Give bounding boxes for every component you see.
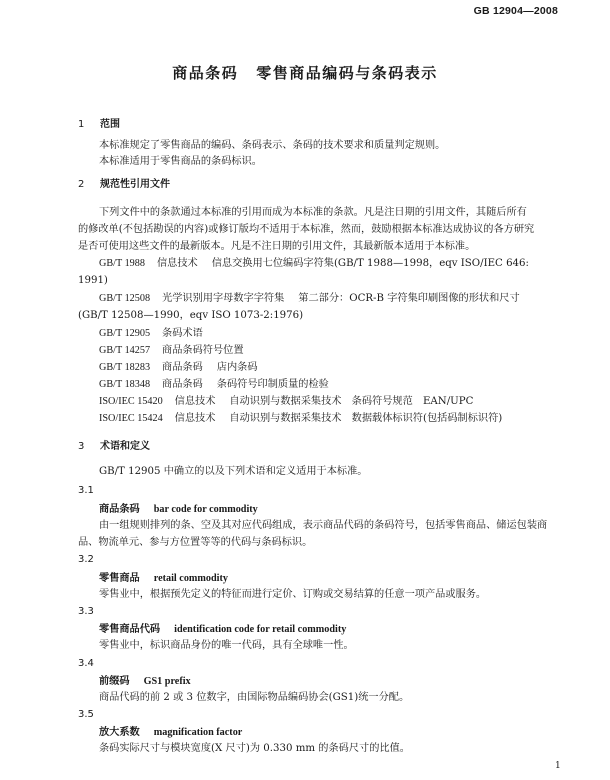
section-heading-2: 2规范性引用文件 xyxy=(78,178,170,192)
reference-item: ISO/IEC 15424信息技术自动识别与数据采集技术 数据载体标识符(包括码… xyxy=(99,412,502,426)
term-heading: 放大系数magnification factor xyxy=(99,725,242,740)
term-definition: 零售业中，根据预先定义的特征而进行定价、订购或交易结算的任意一项产品或服务。 xyxy=(99,588,486,602)
term-definition: 品、物流单元、参与方位置等等的代码与条码标识。 xyxy=(78,536,312,550)
reference-item: GB/T 14257商品条码符号位置 xyxy=(99,344,244,358)
section-heading-1: 1范围 xyxy=(78,118,120,132)
section-heading-3: 3术语和定义 xyxy=(78,440,150,454)
term-definition: 由一组规则排列的条、空及其对应代码组成，表示商品代码的条码符号，包括零售商品、储… xyxy=(99,519,547,533)
paragraph-line: 是否可使用这些文件的最新版本。凡是不注日期的引用文件，其最新版本适用于本标准。 xyxy=(78,240,475,254)
term-heading: 零售商品代码identification code for retail com… xyxy=(99,622,346,637)
term-heading: 零售商品retail commodity xyxy=(99,571,228,586)
reference-continuation: (GB/T 12508—1990，eqv ISO 1073-2:1976) xyxy=(78,309,303,323)
term-heading: 前缀码GS1 prefix xyxy=(99,674,191,689)
title-part-1: 商品条码 xyxy=(172,64,238,82)
title-part-2: 零售商品编码与条码表示 xyxy=(256,64,438,82)
clause-number: 3.5 xyxy=(78,708,94,722)
document-title: 商品条码零售商品编码与条码表示 xyxy=(0,62,610,83)
reference-item: GB/T 18348商品条码条码符号印制质量的检验 xyxy=(99,378,329,392)
reference-item: GB/T 12905条码术语 xyxy=(99,327,203,341)
clause-number: 3.2 xyxy=(78,553,94,567)
clause-number: 3.1 xyxy=(78,484,94,498)
reference-continuation: 1991) xyxy=(78,274,108,288)
paragraph-line: 下列文件中的条款通过本标准的引用而成为本标准的条款。凡是注日期的引用文件，其随后… xyxy=(99,206,527,220)
term-definition: 商品代码的前 2 或 3 位数字，由国际物品编码协会(GS1)统一分配。 xyxy=(99,691,409,705)
clause-number: 3.3 xyxy=(78,605,94,619)
term-heading: 商品条码bar code for commodity xyxy=(99,502,258,517)
paragraph: 本标准适用于零售商品的条码标识。 xyxy=(99,155,262,169)
term-definition: 条码实际尺寸与模块宽度(X 尺寸)为 0.330 mm 的条码尺寸的比值。 xyxy=(99,742,410,756)
term-definition: 零售业中，标识商品身份的唯一代码，具有全球唯一性。 xyxy=(99,639,354,653)
reference-item: GB/T 1988信息技术信息交换用七位编码字符集(GB/T 1988—1998… xyxy=(99,257,529,271)
paragraph: GB/T 12905 中确立的以及下列术语和定义适用于本标准。 xyxy=(99,465,367,479)
paragraph-line: 的修改单(不包括勘误的内容)或修订版均不适用于本标准，然而，鼓励根据本标准达成协… xyxy=(78,223,534,237)
reference-item: ISO/IEC 15420信息技术自动识别与数据采集技术 条码符号规范 EAN/… xyxy=(99,395,473,409)
clause-number: 3.4 xyxy=(78,657,94,671)
standard-number: GB 12904—2008 xyxy=(474,5,558,17)
reference-item: GB/T 18283商品条码店内条码 xyxy=(99,361,258,375)
reference-item: GB/T 12508光学识别用字母数字字符集第二部分：OCR-B 字符集印刷图像… xyxy=(99,292,520,306)
page-number: 1 xyxy=(555,761,561,771)
paragraph: 本标准规定了零售商品的编码、条码表示、条码的技术要求和质量判定规则。 xyxy=(99,139,445,153)
